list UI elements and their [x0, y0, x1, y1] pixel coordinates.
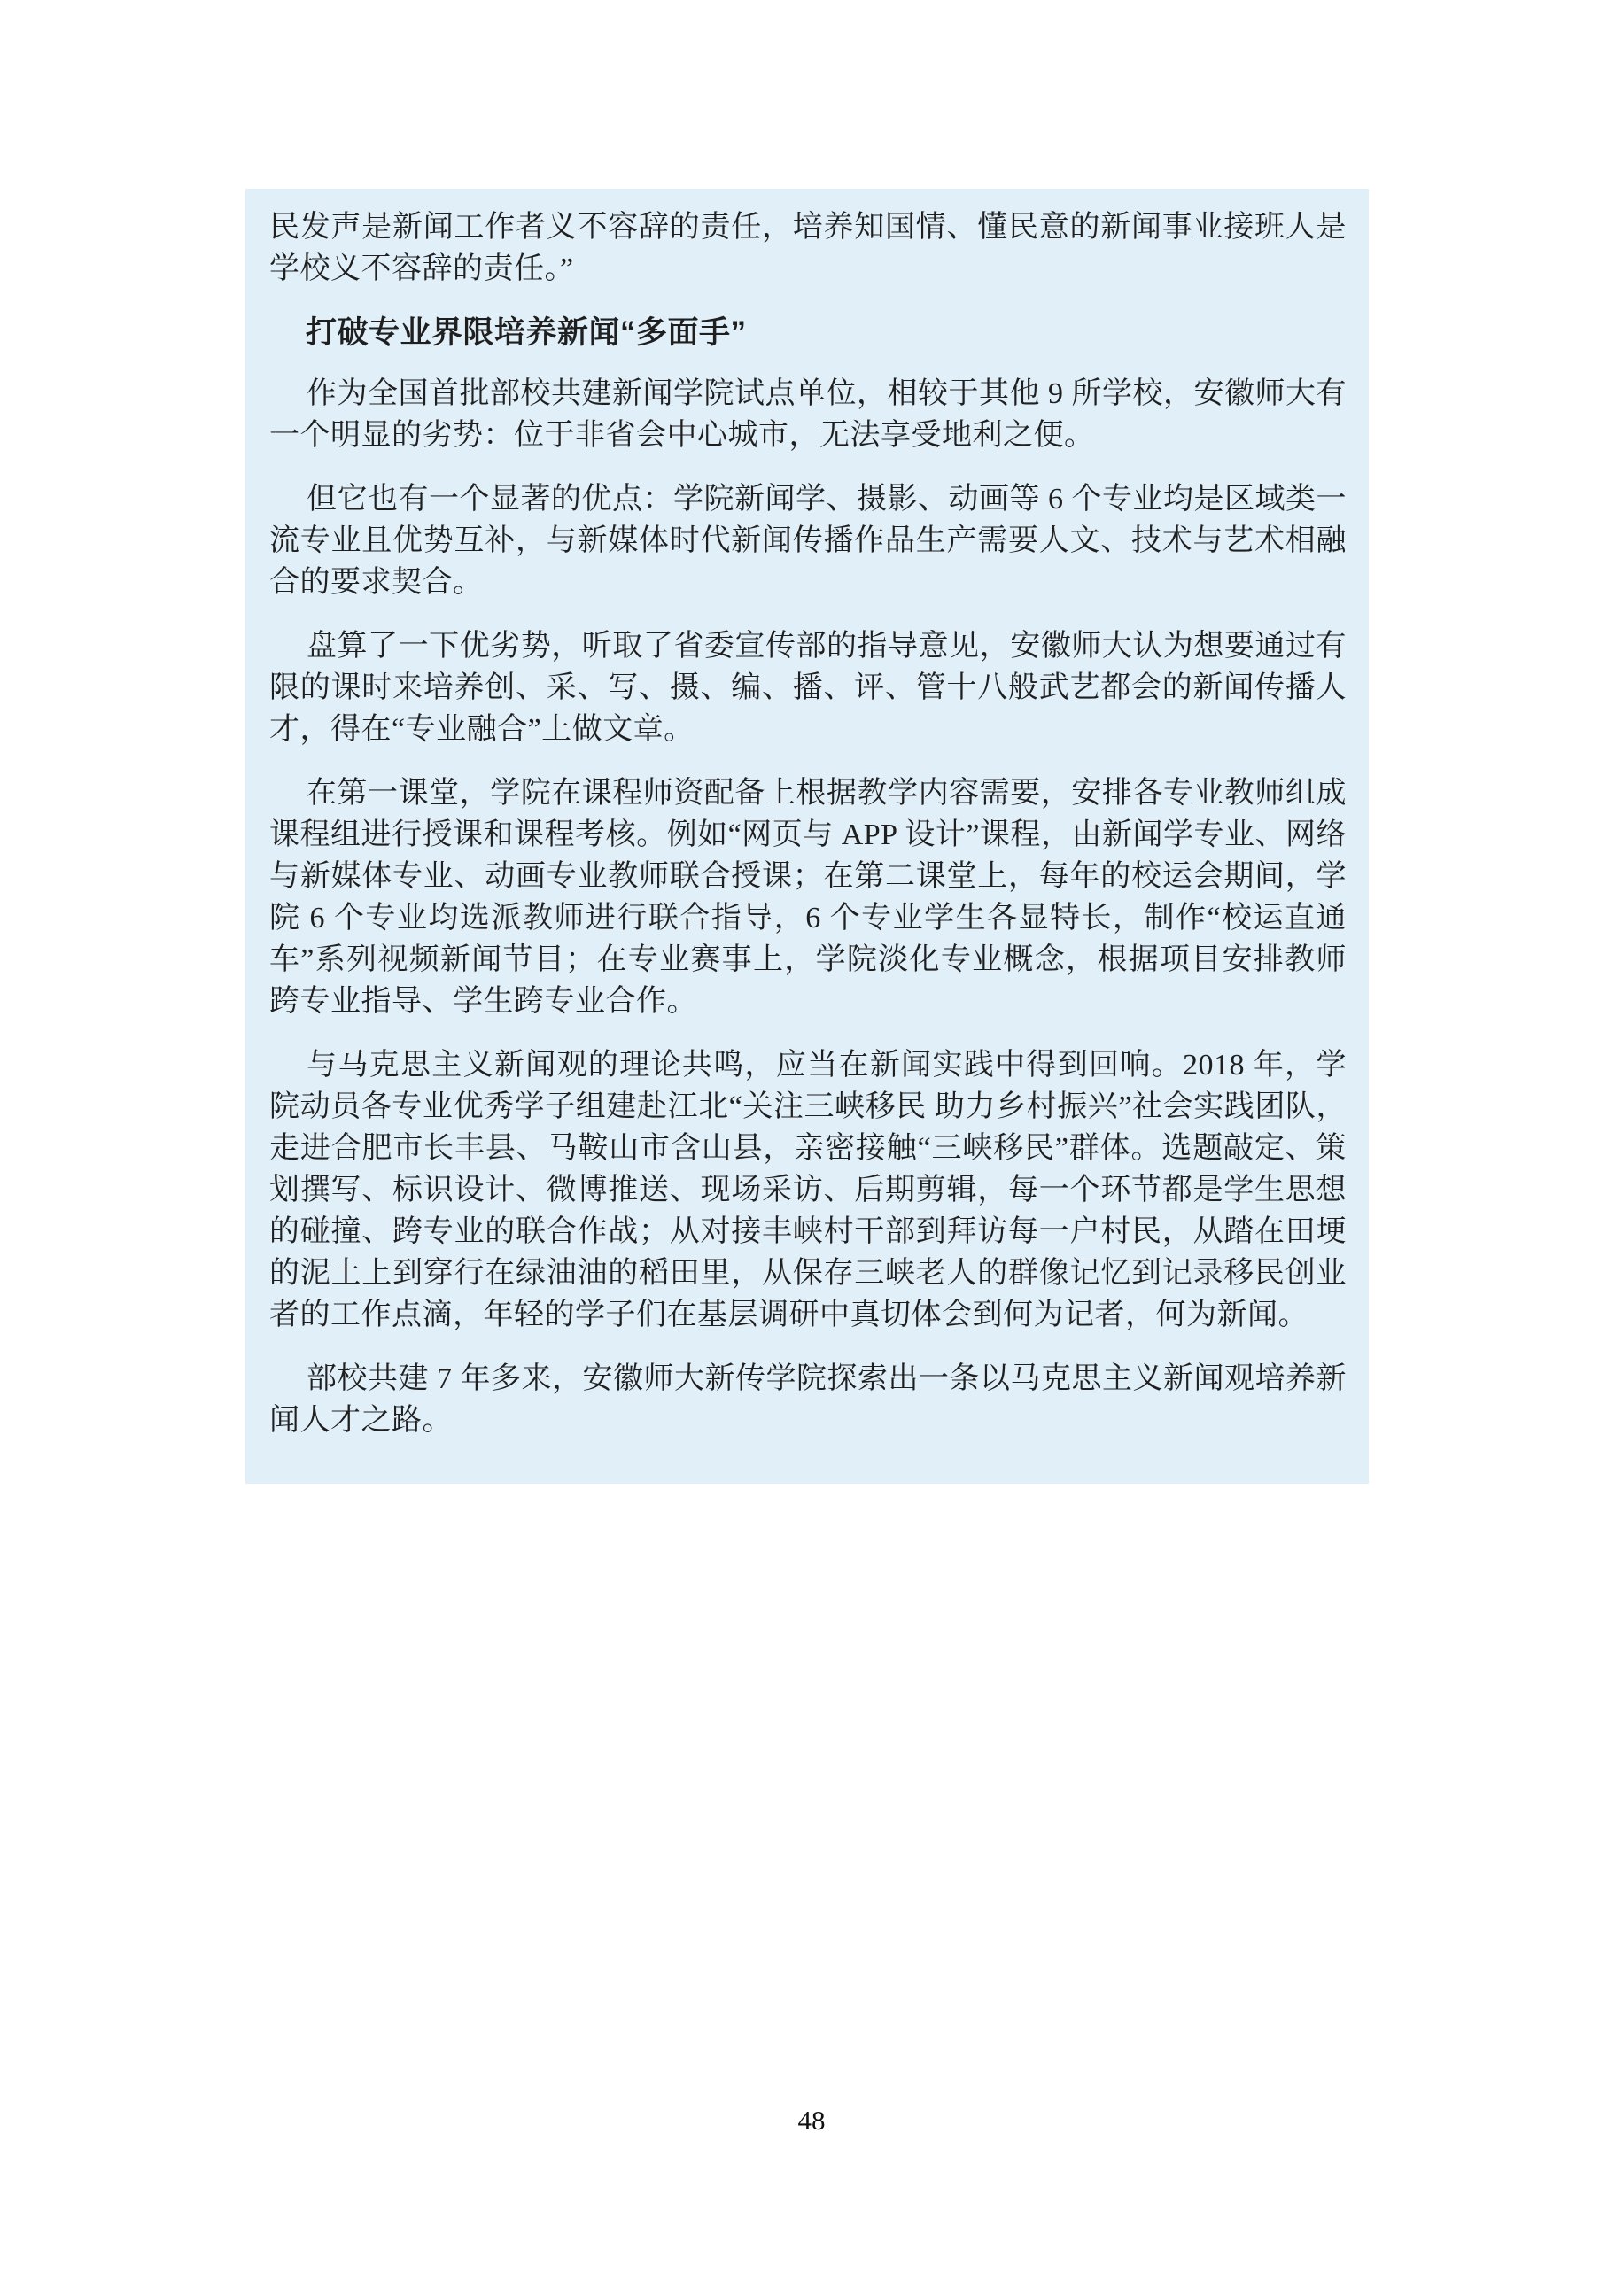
document-page: 民发声是新闻工作者义不容辞的责任，培养知国情、懂民意的新闻事业接班人是学校义不容…	[0, 0, 1623, 2296]
paragraph-3: 盘算了一下优劣势，听取了省委宣传部的指导意见，安徽师大认为想要通过有限的课时来培…	[269, 625, 1347, 750]
paragraph-6: 部校共建 7 年多来，安徽师大新传学院探索出一条以马克思主义新闻观培养新闻人才之…	[269, 1358, 1347, 1441]
article-panel: 民发声是新闻工作者义不容辞的责任，培养知国情、懂民意的新闻事业接班人是学校义不容…	[245, 189, 1369, 1484]
paragraph-4: 在第一课堂，学院在课程师资配备上根据教学内容需要，安排各专业教师组成课程组进行授…	[269, 772, 1347, 1022]
page-footer: 48	[0, 2105, 1623, 2137]
section-heading: 打破专业界限培养新闻“多面手”	[306, 312, 1347, 353]
paragraph-2: 但它也有一个显著的优点：学院新闻学、摄影、动画等 6 个专业均是区域类一流专业且…	[269, 478, 1347, 603]
continued-paragraph: 民发声是新闻工作者义不容辞的责任，培养知国情、懂民意的新闻事业接班人是学校义不容…	[269, 206, 1347, 290]
paragraph-1: 作为全国首批部校共建新闻学院试点单位，相较于其他 9 所学校，安徽师大有一个明显…	[269, 373, 1347, 456]
paragraph-5: 与马克思主义新闻观的理论共鸣，应当在新闻实践中得到回响。2018 年，学院动员各…	[269, 1044, 1347, 1336]
page-number: 48	[798, 2105, 826, 2136]
